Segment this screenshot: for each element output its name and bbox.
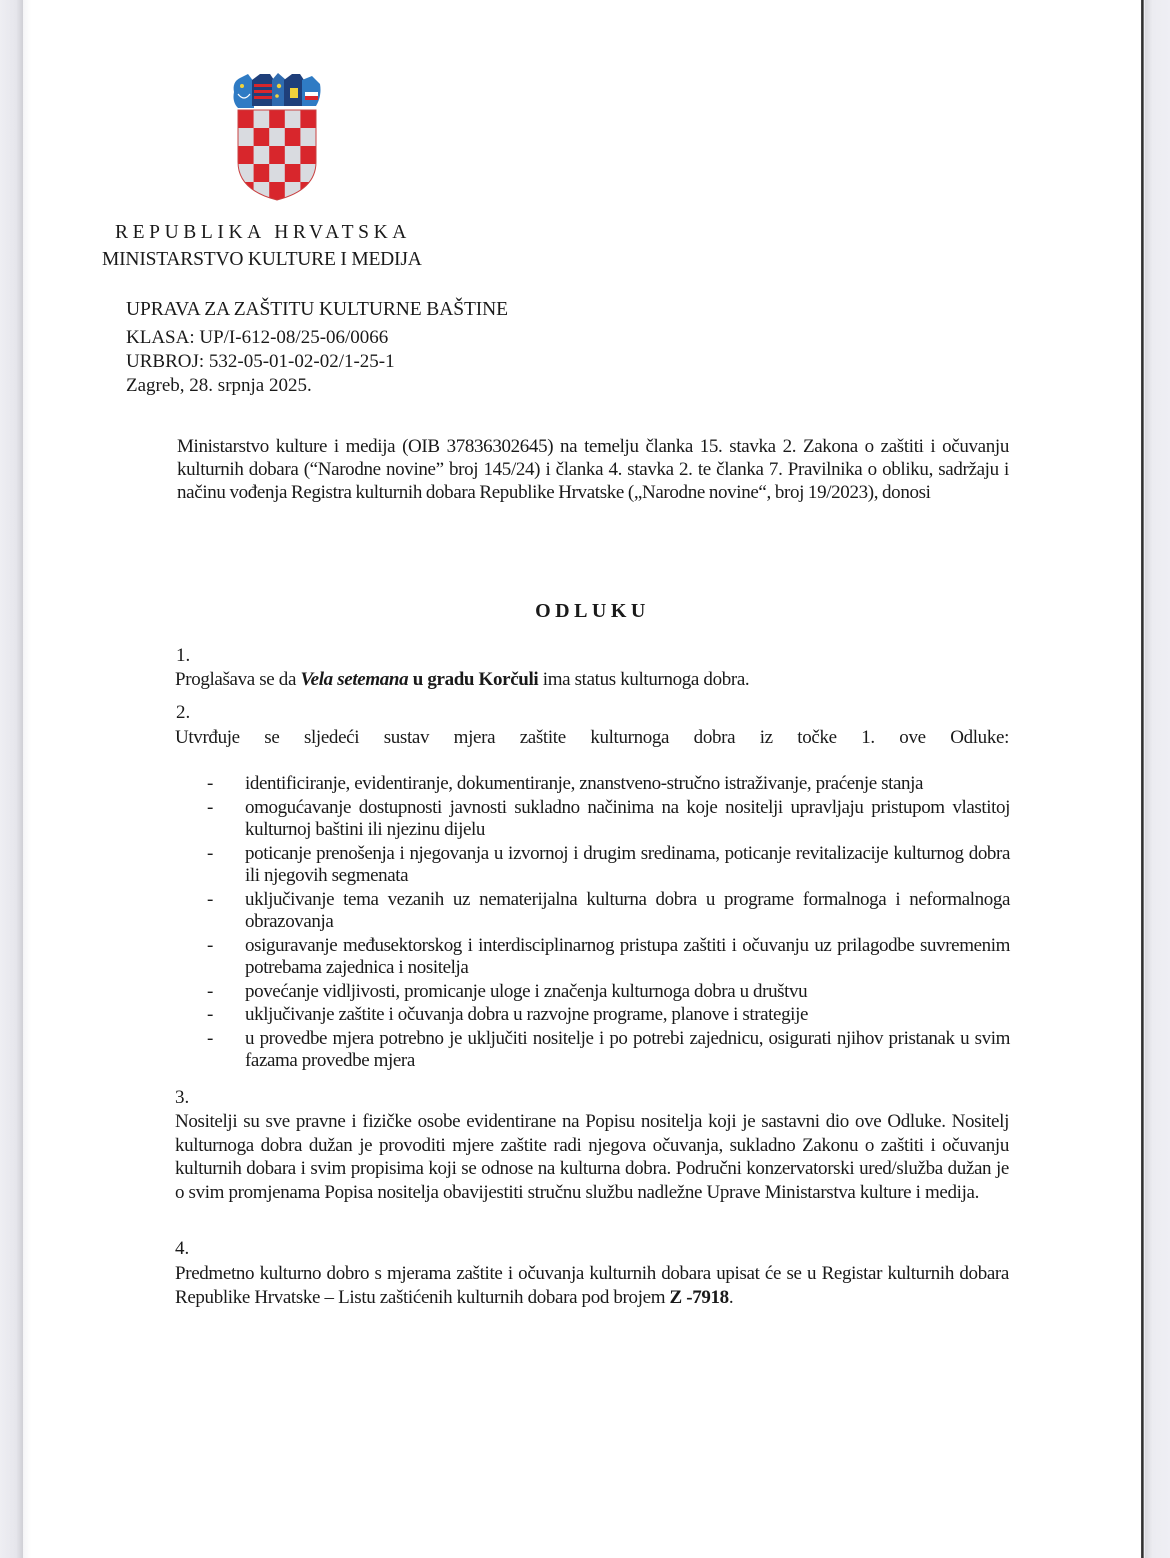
protection-measure-item: -identificiranje, evidentiranje, dokumen…	[205, 773, 1010, 796]
page-edge-right	[1141, 0, 1144, 1558]
klasa-reference: KLASA: UP/I-612-08/25-06/0066	[126, 327, 388, 349]
measure-text: povećanje vidljivosti, promicanje uloge …	[245, 981, 807, 1002]
section-4-text-after: .	[729, 1287, 733, 1308]
measure-text: u provedbe mjera potrebno je uključiti n…	[245, 1028, 1010, 1072]
heritage-name: Vela setemana	[300, 669, 408, 690]
section-2-text: Utvrđuje se sljedeći sustav mjera zaštit…	[175, 726, 1009, 750]
measure-text: identificiranje, evidentiranje, dokument…	[245, 773, 923, 794]
measure-text: omogućavanje dostupnosti javnosti suklad…	[245, 797, 1010, 841]
section-3-text: Nositelji su sve pravne i fizičke osobe …	[175, 1110, 1009, 1204]
measure-text: poticanje prenošenja i njegovanja u izvo…	[245, 843, 1010, 887]
section-number: 2.	[176, 702, 190, 724]
heritage-location: u gradu Korčuli	[408, 669, 538, 690]
country-name: REPUBLIKA HRVATSKA	[115, 222, 411, 244]
dash-bullet-icon: -	[207, 889, 213, 912]
dash-bullet-icon: -	[207, 773, 213, 796]
protection-measure-item: -povećanje vidljivosti, promicanje uloge…	[205, 981, 1010, 1004]
protection-measures-list: -identificiranje, evidentiranje, dokumen…	[205, 773, 1010, 1074]
dash-bullet-icon: -	[207, 935, 213, 958]
section-1-text: Proglašava se da Vela setemana u gradu K…	[175, 668, 1009, 692]
urbroj-reference: URBROJ: 532-05-01-02-02/1-25-1	[126, 351, 395, 373]
preamble-paragraph: Ministarstvo kulture i medija (OIB 37836…	[177, 435, 1009, 504]
croatian-coat-of-arms-icon	[228, 72, 326, 202]
dash-bullet-icon: -	[207, 981, 213, 1004]
protection-measure-item: -omogućavanje dostupnosti javnosti sukla…	[205, 797, 1010, 842]
directorate-name: UPRAVA ZA ZAŠTITU KULTURNE BAŠTINE	[126, 299, 508, 321]
protection-measure-item: -poticanje prenošenja i njegovanja u izv…	[205, 843, 1010, 888]
page-edge-left	[23, 0, 31, 1558]
dash-bullet-icon: -	[207, 1004, 213, 1027]
measure-text: osiguravanje međusektorskog i interdisci…	[245, 935, 1010, 979]
place-and-date: Zagreb, 28. srpnja 2025.	[126, 375, 312, 397]
background-left	[0, 0, 23, 1558]
protection-measure-item: -uključivanje zaštite i očuvanja dobra u…	[205, 1004, 1010, 1027]
dash-bullet-icon: -	[207, 1028, 213, 1051]
section-1-text-after: ima status kulturnoga dobra.	[538, 669, 749, 690]
section-1-text-before: Proglašava se da	[175, 669, 300, 690]
register-number: Z -7918	[670, 1287, 729, 1308]
background-right	[1145, 0, 1170, 1558]
measure-text: uključivanje zaštite i očuvanja dobra u …	[245, 1004, 808, 1025]
section-number: 1.	[176, 645, 190, 667]
protection-measure-item: -uključivanje tema vezanih uz nematerija…	[205, 889, 1010, 934]
dash-bullet-icon: -	[207, 797, 213, 820]
dash-bullet-icon: -	[207, 843, 213, 866]
ministry-name: MINISTARSTVO KULTURE I MEDIJA	[102, 249, 422, 271]
section-4-text-before: Predmetno kulturno dobro s mjerama zašti…	[175, 1263, 1009, 1308]
document-title: ODLUKU	[0, 600, 1170, 623]
section-number: 4.	[175, 1238, 189, 1260]
protection-measure-item: -u provedbe mjera potrebno je uključiti …	[205, 1028, 1010, 1073]
section-number: 3.	[175, 1087, 189, 1109]
section-4-text: Predmetno kulturno dobro s mjerama zašti…	[175, 1262, 1009, 1309]
protection-measure-item: -osiguravanje međusektorskog i interdisc…	[205, 935, 1010, 980]
measure-text: uključivanje tema vezanih uz nematerijal…	[245, 889, 1010, 933]
